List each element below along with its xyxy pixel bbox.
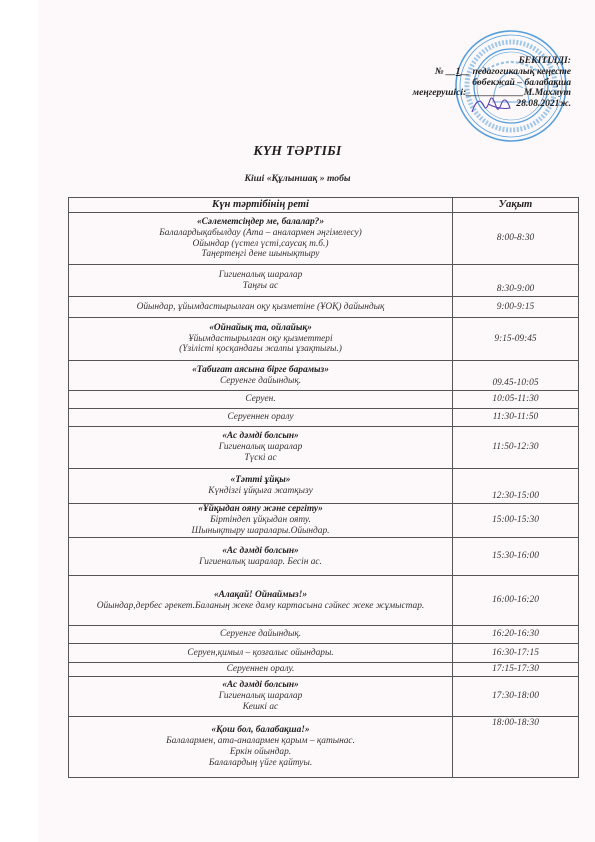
daily-schedule-table: Күн тәртібінің реті Уақыт «Сәлеметсіңдер… <box>68 197 579 778</box>
activity-cell: «Ас дәмді болсын»Гигиеналық шараларКешкі… <box>69 677 453 717</box>
table-row: Серуенге дайындық.16:20-16:30 <box>69 626 579 644</box>
head-title: меңгерушісі: <box>413 87 467 98</box>
activity-cell: Гигиеналық шараларТаңғы ас <box>69 265 453 297</box>
time-cell: 15:00-15:30 <box>453 504 579 538</box>
protocol-suffix: __ педагогикалық кеңесте <box>460 66 571 77</box>
table-row: «Ас дәмді болсын»Гигиеналық шараларКешкі… <box>69 677 579 717</box>
activity-cell: «Ұйқыдан ояну және сергіту»Біртіндеп ұйқ… <box>69 504 453 538</box>
time-cell: 8:30-9:00 <box>453 265 579 297</box>
activity-line: Серуеннен оралу. <box>73 664 448 675</box>
activity-line: Ойындар,дербес әрекет.Баланың жеке даму … <box>73 601 448 612</box>
head-name: М.Махмут <box>524 87 571 98</box>
table-row: Ойындар, ұйымдастырылған оқу қызметіне (… <box>69 297 579 318</box>
activity-line: Ойындар (үстел үсті,саусақ т.б.) <box>73 239 448 250</box>
activity-heading: «Ұйқыдан ояну және сергіту» <box>73 504 448 515</box>
activity-line: Таңертеңгі дене шынықтыру <box>73 249 448 260</box>
activity-cell: «Ас дәмді болсын»Гигиеналық шараларТүскі… <box>69 427 453 469</box>
activity-cell: «Ас дәмді болсын»Гигиеналық шаралар. Бес… <box>69 538 453 576</box>
activity-cell: «Ойнайық та, ойлайық»Ұйымдастырылған оқу… <box>69 318 453 361</box>
time-cell: 09.45-10:05 <box>453 361 579 391</box>
table-row: Серуен.10:05-11:30 <box>69 391 579 409</box>
table-row: «Қош бол, балабақша!»Балалармен, ата-ана… <box>69 717 579 778</box>
activity-cell: Серуеннен оралу <box>69 409 453 427</box>
time-cell: 10:05-11:30 <box>453 391 579 409</box>
protocol-prefix: № __ <box>435 66 456 77</box>
header-time: Уақыт <box>453 198 579 213</box>
activity-line: Балалардың үйге қайтуы. <box>73 758 448 769</box>
table-row: Серуеннен оралу11:30-11:50 <box>69 409 579 427</box>
table-row: «Тәтті ұйқы»Күндізгі ұйқыға жатқызу12:30… <box>69 469 579 504</box>
time-cell: 16:20-16:30 <box>453 626 579 644</box>
activity-line: Серуеннен оралу <box>73 412 448 423</box>
activity-cell: Серуенге дайындық. <box>69 626 453 644</box>
activity-line: Серуенге дайындық. <box>73 376 448 387</box>
activity-heading: «Қош бол, балабақша!» <box>73 725 448 736</box>
activity-heading: «Ас дәмді болсын» <box>73 431 448 442</box>
activity-heading: «Табиғат аясына бірге барамыз» <box>73 365 448 376</box>
activity-line: Еркін ойындар. <box>73 747 448 758</box>
time-cell: 11:30-11:50 <box>453 409 579 427</box>
table-row: «Ас дәмді болсын»Гигиеналық шараларТүскі… <box>69 427 579 469</box>
activity-heading: «Тәтті ұйқы» <box>73 475 448 486</box>
activity-cell: Серуен. <box>69 391 453 409</box>
time-cell: 17:15-17:30 <box>453 663 579 677</box>
header-activity: Күн тәртібінің реті <box>69 198 453 213</box>
activity-line: Ұйымдастырылған оқу қызметтері <box>73 334 448 345</box>
time-cell: 16:30-17:15 <box>453 644 579 663</box>
activity-line: Күндізгі ұйқыға жатқызу <box>73 486 448 497</box>
table-row: «Ұйқыдан ояну және сергіту»Біртіндеп ұйқ… <box>69 504 579 538</box>
approval-block: БЕКІТІЛДІ: № __1__ педагогикалық кеңесте… <box>311 56 571 110</box>
activity-line: Балалармен, ата-аналармен қарым – қатына… <box>73 736 448 747</box>
activity-heading: «Сәлеметсіңдер ме, балалар?» <box>73 217 448 228</box>
table-row: «Ойнайық та, ойлайық»Ұйымдастырылған оқу… <box>69 318 579 361</box>
approval-council-line: № __1__ педагогикалық кеңесте <box>311 67 571 78</box>
table-row: «Алақай! Ойнаймыз!»Ойындар,дербес әрекет… <box>69 576 579 626</box>
activity-line: (Үзілісті қосқандағы жалпы ұзақтығы.) <box>73 344 448 355</box>
time-cell: 15:30-16:00 <box>453 538 579 576</box>
scan-margin <box>0 0 38 842</box>
activity-heading: «Ас дәмді болсын» <box>73 680 448 691</box>
activity-line: Шынықтыру шаралары.Ойындар. <box>73 526 448 537</box>
activity-line: Серуен. <box>73 394 448 405</box>
signature-icon <box>470 92 514 116</box>
time-cell: 17:30-18:00 <box>453 677 579 717</box>
table-row: «Сәлеметсіңдер ме, балалар?»Балалардықаб… <box>69 213 579 265</box>
time-cell: 8:00-8:30 <box>453 213 579 265</box>
table-row: «Ас дәмді болсын»Гигиеналық шаралар. Бес… <box>69 538 579 576</box>
time-cell: 11:50-12:30 <box>453 427 579 469</box>
activity-cell: «Тәтті ұйқы»Күндізгі ұйқыға жатқызу <box>69 469 453 504</box>
activity-cell: Ойындар, ұйымдастырылған оқу қызметіне (… <box>69 297 453 318</box>
activity-cell: «Сәлеметсіңдер ме, балалар?»Балалардықаб… <box>69 213 453 265</box>
activity-cell: «Табиғат аясына бірге барамыз»Серуенге д… <box>69 361 453 391</box>
table-body: «Сәлеметсіңдер ме, балалар?»Балалардықаб… <box>69 213 579 778</box>
time-cell: 12:30-15:00 <box>453 469 579 504</box>
table-row: Серуеннен оралу.17:15-17:30 <box>69 663 579 677</box>
activity-line: Серуенге дайындық. <box>73 629 448 640</box>
activity-line: Гигиеналық шаралар. Бесін ас. <box>73 557 448 568</box>
time-cell: 9:00-9:15 <box>453 297 579 318</box>
activity-line: Гигиеналық шаралар <box>73 442 448 453</box>
activity-cell: Серуен,қимыл – қозғалыс ойындары. <box>69 644 453 663</box>
activity-heading: «Алақай! Ойнаймыз!» <box>73 590 448 601</box>
table-row: «Табиғат аясына бірге барамыз»Серуенге д… <box>69 361 579 391</box>
activity-line: Таңғы ас <box>73 281 448 292</box>
group-subtitle: Кіші «Құлыншақ » тобы <box>0 173 595 184</box>
activity-cell: «Қош бол, балабақша!»Балалармен, ата-ана… <box>69 717 453 778</box>
approval-date: 28.08.2021ж. <box>311 99 571 110</box>
activity-line: Балалардықабылдау (Ата – аналармен әңгім… <box>73 228 448 239</box>
time-cell: 16:00-16:20 <box>453 576 579 626</box>
table-header-row: Күн тәртібінің реті Уақыт <box>69 198 579 213</box>
activity-heading: «Ас дәмді болсын» <box>73 546 448 557</box>
activity-line: Біртіндеп ұйқыдан ояту. <box>73 515 448 526</box>
activity-line: Гигиеналық шаралар <box>73 691 448 702</box>
time-cell: 9:15-09:45 <box>453 318 579 361</box>
page-title: КҮН ТӘРТІБІ <box>0 143 595 159</box>
table-row: Гигиеналық шараларТаңғы ас8:30-9:00 <box>69 265 579 297</box>
activity-heading: «Ойнайық та, ойлайық» <box>73 323 448 334</box>
activity-line: Серуен,қимыл – қозғалыс ойындары. <box>73 648 448 659</box>
activity-line: Ойындар, ұйымдастырылған оқу қызметіне (… <box>73 302 448 313</box>
activity-cell: «Алақай! Ойнаймыз!»Ойындар,дербес әрекет… <box>69 576 453 626</box>
activity-line: Гигиеналық шаралар <box>73 270 448 281</box>
activity-line: Кешкі ас <box>73 702 448 713</box>
table-row: Серуен,қимыл – қозғалыс ойындары.16:30-1… <box>69 644 579 663</box>
activity-line: Түскі ас <box>73 453 448 464</box>
time-cell: 18:00-18:30 <box>453 717 579 778</box>
activity-cell: Серуеннен оралу. <box>69 663 453 677</box>
